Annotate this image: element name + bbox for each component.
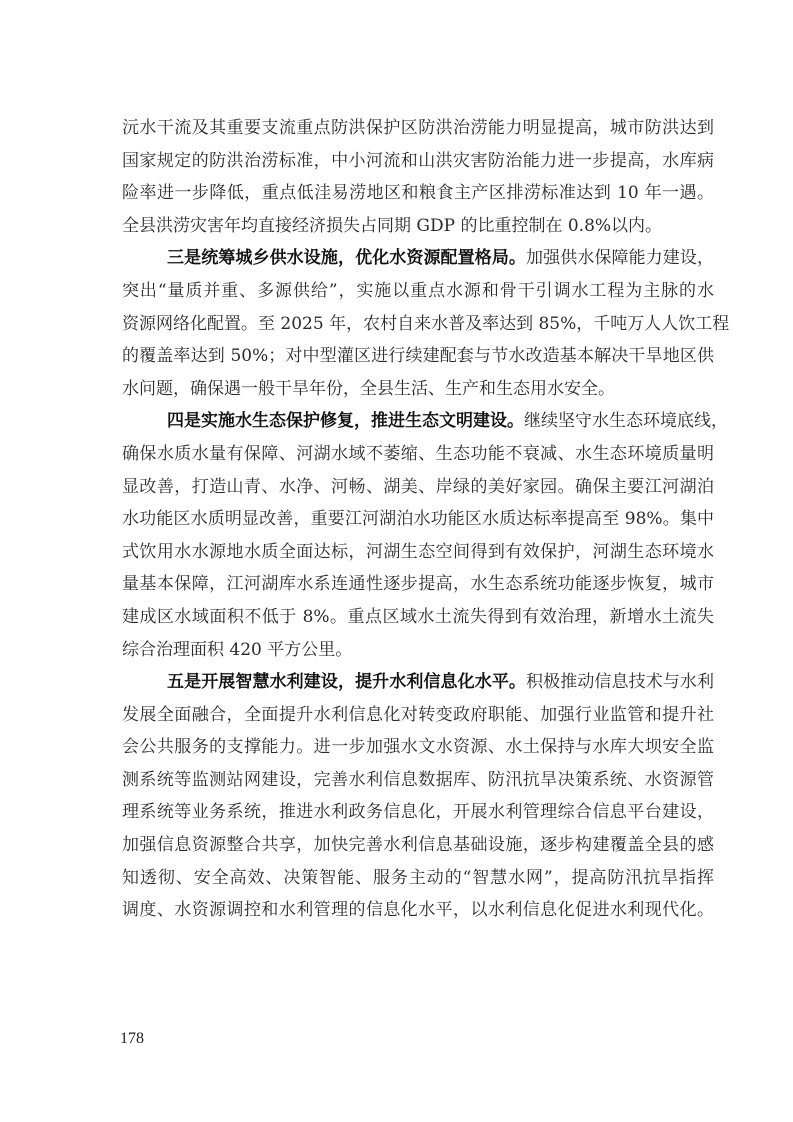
text-line: 加强信息资源整合共享，加快完善水利信息基础设施，逐步构建覆盖全县的感 bbox=[122, 829, 714, 862]
text-line: 三是统筹城乡供水设施，优化水资源配置格局。加强供水保障能力建设， bbox=[122, 242, 714, 275]
text-line: 的覆盖率达到 50%；对中型灌区进行续建配套与节水改造基本解决干旱地区供 bbox=[122, 340, 714, 373]
text-line: 建成区水域面积不低于 8%。重点区域水土流失得到有效治理，新增水土流失 bbox=[122, 601, 714, 634]
text-line: 理系统等业务系统，推进水利政务信息化，开展水利管理综合信息平台建设， bbox=[122, 796, 714, 829]
text-line: 水问题，确保遇一般干旱年份，全县生活、生产和生态用水安全。 bbox=[122, 373, 714, 406]
page-number: 178 bbox=[120, 1030, 144, 1048]
text-line: 四是实施水生态保护修复，推进生态文明建设。继续坚守水生态环境底线， bbox=[122, 405, 714, 438]
paragraph-flood-control: 沅水干流及其重要支流重点防洪保护区防洪治涝能力明显提高，城市防洪达到 国家规定的… bbox=[122, 112, 714, 242]
text-line: 险率进一步降低，重点低洼易涝地区和粮食主产区排涝标准达到 10 年一遇。 bbox=[122, 177, 714, 210]
text-span: 加强供水保障能力建设， bbox=[526, 248, 714, 268]
paragraph-heading: 四是实施水生态保护修复，推进生态文明建设。 bbox=[167, 411, 524, 431]
text-line: 沅水干流及其重要支流重点防洪保护区防洪治涝能力明显提高，城市防洪达到 bbox=[122, 112, 714, 145]
body-text: 沅水干流及其重要支流重点防洪保护区防洪治涝能力明显提高，城市防洪达到 国家规定的… bbox=[122, 112, 714, 927]
text-line: 会公共服务的支撑能力。进一步加强水文水资源、水土保持与水库大坝安全监 bbox=[122, 731, 714, 764]
text-line: 突出“量质并重、多源供给”，实施以重点水源和骨干引调水工程为主脉的水 bbox=[122, 275, 714, 308]
text-line: 显改善，打造山青、水净、河畅、湖美、岸绿的美好家园。确保主要江河湖泊 bbox=[122, 471, 714, 504]
text-line: 知透彻、安全高效、决策智能、服务主动的“智慧水网”，提高防汛抗旱指挥 bbox=[122, 862, 714, 895]
text-line: 量基本保障，江河湖库水系连通性逐步提高，水生态系统功能逐步恢复，城市 bbox=[122, 568, 714, 601]
text-span: 积极推动信息技术与水利 bbox=[526, 672, 714, 692]
text-line: 确保水质水量有保障、河湖水域不萎缩、生态功能不衰减、水生态环境质量明 bbox=[122, 438, 714, 471]
text-line: 水功能区水质明显改善，重要江河湖泊水功能区水质达标率提高至 98%。集中 bbox=[122, 503, 714, 536]
paragraph-heading: 三是统筹城乡供水设施，优化水资源配置格局。 bbox=[167, 248, 526, 268]
paragraph-water-supply: 三是统筹城乡供水设施，优化水资源配置格局。加强供水保障能力建设， 突出“量质并重… bbox=[122, 242, 714, 405]
paragraph-heading: 五是开展智慧水利建设，提升水利信息化水平。 bbox=[167, 672, 526, 692]
text-line: 测系统等监测站网建设，完善水利信息数据库、防汛抗旱决策系统、水资源管 bbox=[122, 764, 714, 797]
paragraph-smart-water: 五是开展智慧水利建设，提升水利信息化水平。积极推动信息技术与水利 发展全面融合，… bbox=[122, 666, 714, 927]
text-line: 资源网络化配置。至 2025 年，农村自来水普及率达到 85%，千吨万人人饮工程 bbox=[122, 308, 714, 341]
text-line: 国家规定的防洪治涝标准，中小河流和山洪灾害防治能力进一步提高，水库病 bbox=[122, 145, 714, 178]
text-span: 继续坚守水生态环境底线， bbox=[524, 411, 728, 431]
text-line: 五是开展智慧水利建设，提升水利信息化水平。积极推动信息技术与水利 bbox=[122, 666, 714, 699]
text-line: 发展全面融合，全面提升水利信息化对转变政府职能、加强行业监管和提升社 bbox=[122, 699, 714, 732]
text-line: 调度、水资源调控和水利管理的信息化水平，以水利信息化促进水利现代化。 bbox=[122, 894, 714, 927]
text-line: 全县洪涝灾害年均直接经济损失占同期 GDP 的比重控制在 0.8%以内。 bbox=[122, 210, 714, 243]
text-line: 式饮用水水源地水质全面达标，河湖生态空间得到有效保护，河湖生态环境水 bbox=[122, 536, 714, 569]
document-page: 沅水干流及其重要支流重点防洪保护区防洪治涝能力明显提高，城市防洪达到 国家规定的… bbox=[0, 0, 793, 1122]
text-line: 综合治理面积 420 平方公里。 bbox=[122, 634, 714, 667]
paragraph-water-ecology: 四是实施水生态保护修复，推进生态文明建设。继续坚守水生态环境底线， 确保水质水量… bbox=[122, 405, 714, 666]
